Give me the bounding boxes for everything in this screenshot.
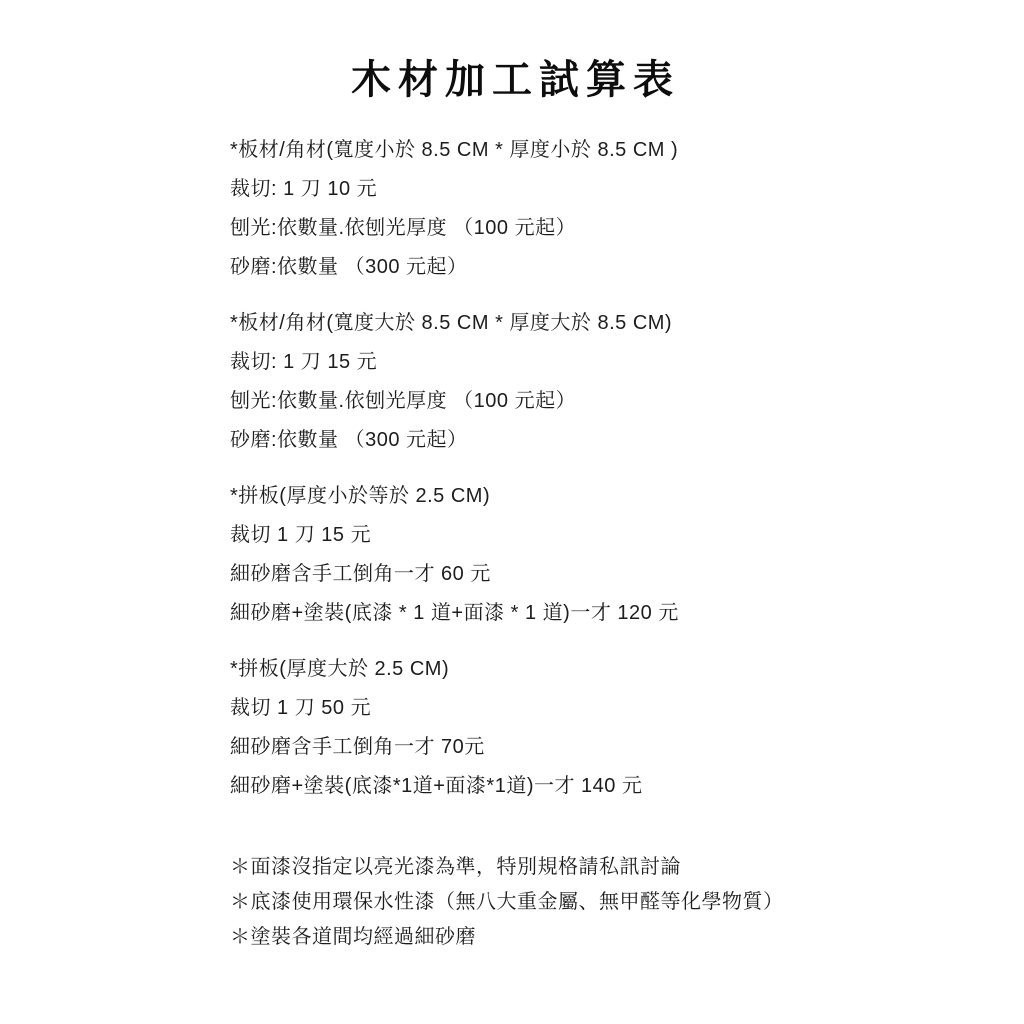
price-line-sanding-painting: 細砂磨+塗裝(底漆 * 1 道+面漆 * 1 道)一才 120 元 <box>230 594 784 633</box>
price-list: *板材/角材(寬度小於 8.5 CM * 厚度小於 8.5 CM ) 裁切: 1… <box>230 131 784 955</box>
section-heading: *拼板(厚度小於等於 2.5 CM) <box>230 477 784 516</box>
price-line-cutting: 裁切: 1 刀 15 元 <box>230 343 784 382</box>
section-board-small: *板材/角材(寬度小於 8.5 CM * 厚度小於 8.5 CM ) 裁切: 1… <box>230 131 784 287</box>
section-heading: *拼板(厚度大於 2.5 CM) <box>230 650 784 689</box>
price-line-planing: 刨光:依數量.依刨光厚度 （100 元起） <box>230 382 784 421</box>
price-line-sanding-painting: 細砂磨+塗裝(底漆*1道+面漆*1道)一才 140 元 <box>230 767 784 806</box>
price-line-cutting: 裁切: 1 刀 10 元 <box>230 170 784 209</box>
footnote-topcoat: ＊面漆沒指定以亮光漆為準，特別規格請私訊討論 <box>230 850 784 885</box>
price-line-fine-sanding: 細砂磨含手工倒角一才 60 元 <box>230 555 784 594</box>
section-board-large: *板材/角材(寬度大於 8.5 CM * 厚度大於 8.5 CM) 裁切: 1 … <box>230 304 784 460</box>
price-line-sanding: 砂磨:依數量 （300 元起） <box>230 421 784 460</box>
price-line-cutting: 裁切 1 刀 15 元 <box>230 516 784 555</box>
page-title: 木材加工試算表 <box>0 48 1024 105</box>
price-line-fine-sanding: 細砂磨含手工倒角一才 70元 <box>230 728 784 767</box>
section-panel-thin: *拼板(厚度小於等於 2.5 CM) 裁切 1 刀 15 元 細砂磨含手工倒角一… <box>230 477 784 633</box>
footnote-sanding-between-coats: ＊塗裝各道間均經過細砂磨 <box>230 920 784 955</box>
footnotes: ＊面漆沒指定以亮光漆為準，特別規格請私訊討論 ＊底漆使用環保水性漆（無八大重金屬… <box>230 850 784 955</box>
price-line-sanding: 砂磨:依數量 （300 元起） <box>230 248 784 287</box>
price-line-planing: 刨光:依數量.依刨光厚度 （100 元起） <box>230 209 784 248</box>
footnote-primer: ＊底漆使用環保水性漆（無八大重金屬、無甲醛等化學物質） <box>230 885 784 920</box>
section-panel-thick: *拼板(厚度大於 2.5 CM) 裁切 1 刀 50 元 細砂磨含手工倒角一才 … <box>230 650 784 806</box>
price-line-cutting: 裁切 1 刀 50 元 <box>230 689 784 728</box>
section-heading: *板材/角材(寬度大於 8.5 CM * 厚度大於 8.5 CM) <box>230 304 784 343</box>
wood-processing-price-sheet: 木材加工試算表 *板材/角材(寬度小於 8.5 CM * 厚度小於 8.5 CM… <box>0 0 1024 1024</box>
section-heading: *板材/角材(寬度小於 8.5 CM * 厚度小於 8.5 CM ) <box>230 131 784 170</box>
